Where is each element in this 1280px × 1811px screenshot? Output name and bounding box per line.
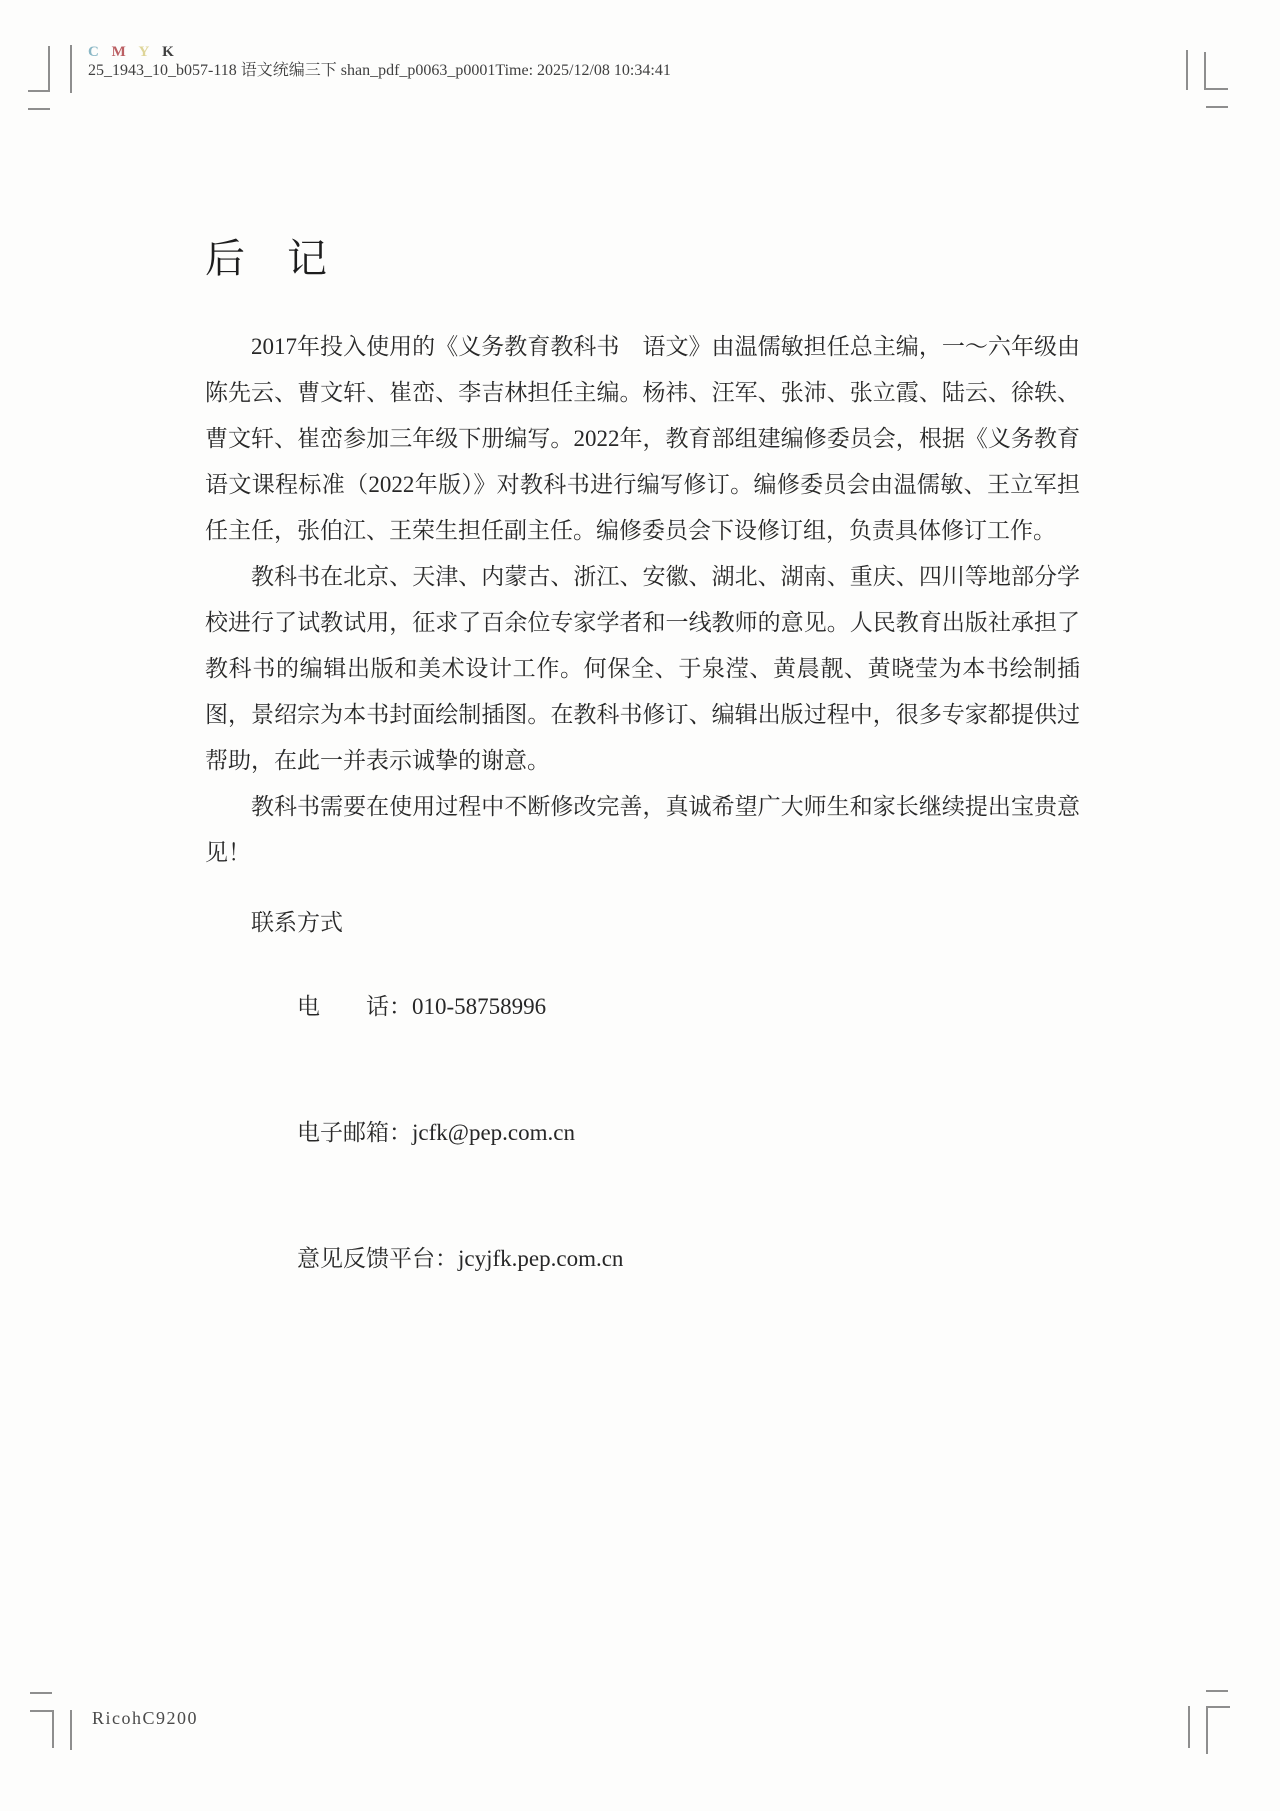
contact-heading: 联系方式 — [205, 902, 1080, 944]
crop-mark-bottom-right-corner — [1206, 1706, 1230, 1754]
afterword-body: 2017年投入使用的《义务教育教科书 语文》由温儒敏担任总主编，一～六年级由陈先… — [205, 324, 1080, 1322]
cmyk-letter-m: M — [112, 44, 126, 60]
contact-feedback-line: 意见反馈平台：jcyjfk.pep.com.cn — [205, 1196, 1080, 1322]
afterword-paragraph-3: 教科书需要在使用过程中不断修改完善，真诚希望广大师生和家长继续提出宝贵意见！ — [205, 784, 1080, 876]
phone-value: 010-58758996 — [412, 994, 546, 1019]
printer-model-label: RicohC9200 — [92, 1708, 198, 1729]
crop-mark-bottom-left-corner — [30, 1710, 54, 1748]
contact-phone-line: 电 话：010-58758996 — [205, 944, 1080, 1070]
email-value: jcfk@pep.com.cn — [412, 1120, 575, 1145]
print-production-header: C M Y K 25_1943_10_b057-118 语文统编三下 shan_… — [88, 44, 671, 80]
crop-mark-bottom-left-bar — [70, 1710, 72, 1750]
cmyk-letter-k: K — [162, 44, 174, 60]
feedback-platform-value: jcyjfk.pep.com.cn — [458, 1246, 623, 1271]
scanned-page: C M Y K 25_1943_10_b057-118 语文统编三下 shan_… — [0, 0, 1280, 1811]
cmyk-ink-marks: C M Y K — [88, 44, 671, 60]
print-job-info-line: 25_1943_10_b057-118 语文统编三下 shan_pdf_p006… — [88, 61, 671, 80]
afterword-paragraph-2: 教科书在北京、天津、内蒙古、浙江、安徽、湖北、湖南、重庆、四川等地部分学校进行了… — [205, 554, 1080, 784]
cmyk-letter-y: Y — [139, 44, 150, 60]
crop-mark-bottom-right-dash — [1206, 1690, 1228, 1692]
contact-email-line: 电子邮箱：jcfk@pep.com.cn — [205, 1070, 1080, 1196]
contact-section: 联系方式 电 话：010-58758996 电子邮箱：jcfk@pep.com.… — [205, 902, 1080, 1322]
crop-mark-top-right-corner — [1204, 52, 1228, 90]
afterword-paragraph-1: 2017年投入使用的《义务教育教科书 语文》由温儒敏担任总主编，一～六年级由陈先… — [205, 324, 1080, 554]
crop-mark-top-left-dash — [28, 108, 50, 110]
email-label: 电子邮箱： — [297, 1120, 412, 1145]
crop-mark-top-left-corner — [28, 46, 50, 92]
crop-mark-bottom-left-dash — [30, 1692, 52, 1694]
feedback-platform-label: 意见反馈平台： — [297, 1246, 458, 1271]
phone-label: 电 话： — [297, 994, 412, 1019]
crop-mark-top-right-dash — [1206, 106, 1228, 108]
crop-mark-bottom-right-bar — [1188, 1706, 1190, 1748]
page-title: 后 记 — [205, 236, 328, 282]
crop-mark-top-right-bar — [1186, 50, 1188, 90]
crop-mark-top-left-bar — [70, 45, 72, 93]
cmyk-letter-c: C — [88, 44, 99, 60]
